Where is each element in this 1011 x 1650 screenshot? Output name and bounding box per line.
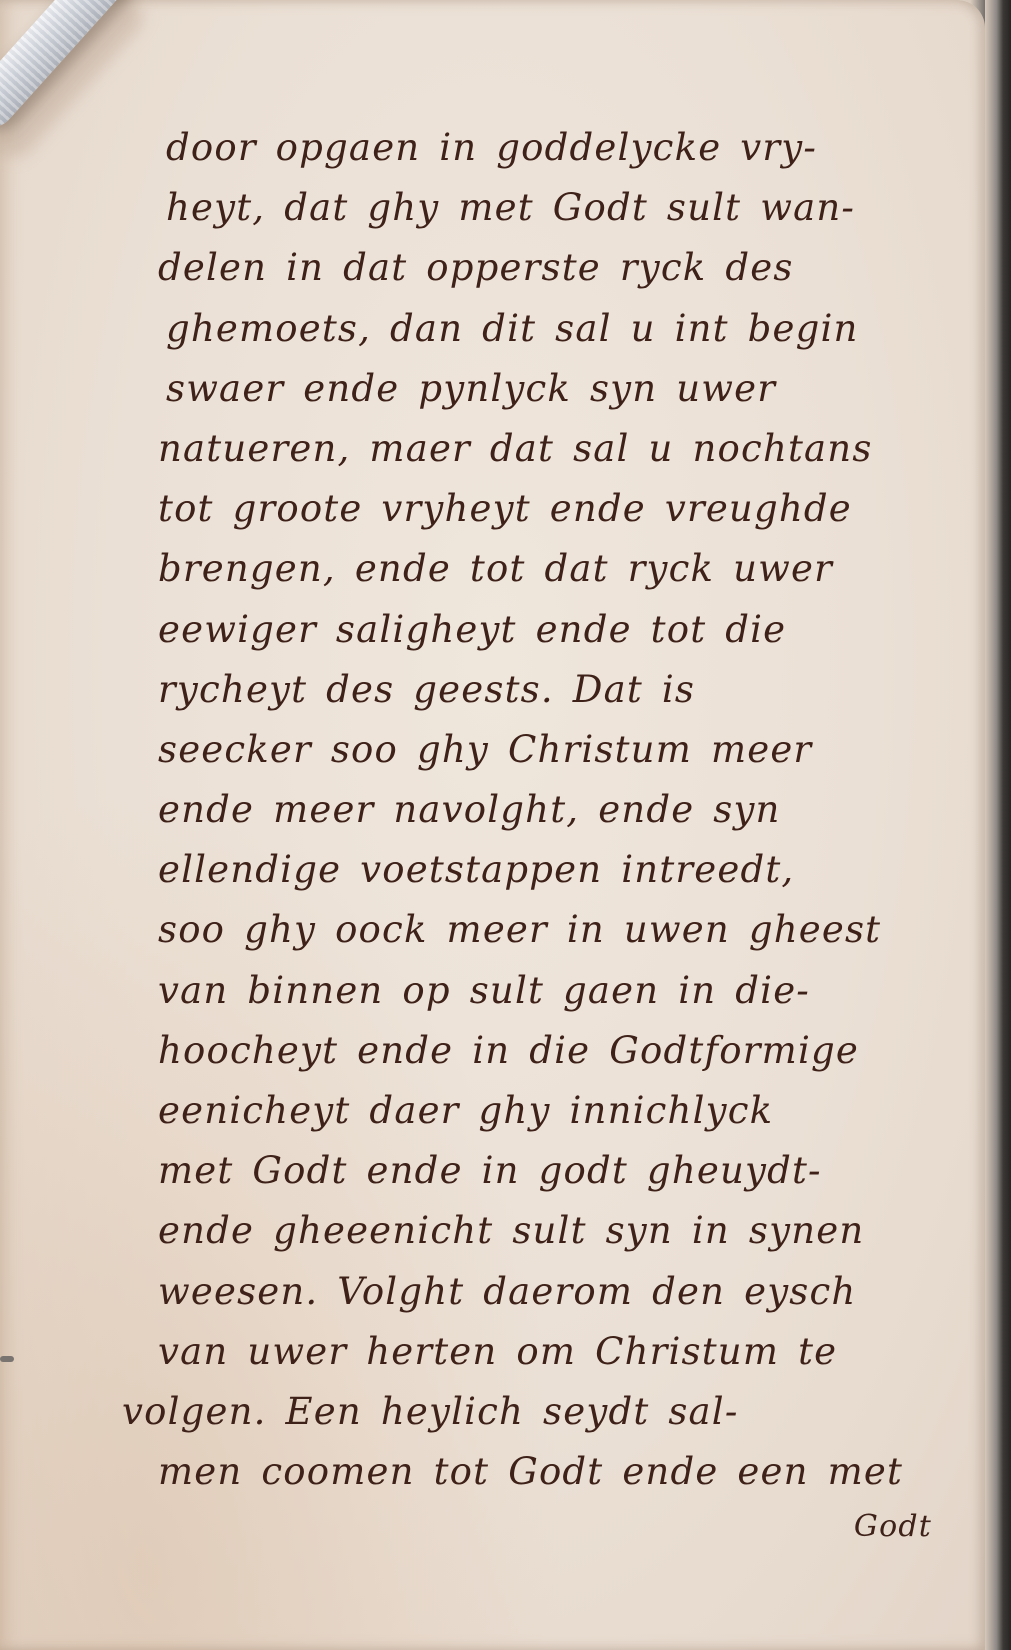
text-line-6: natueren, maer dat sal u nochtans — [152, 419, 952, 479]
handwritten-text-block: door opgaen in goddelycke vry- heyt, dat… — [152, 118, 952, 1552]
text-line-15: van binnen op sult gaen in die- — [152, 961, 952, 1021]
text-line-9: eewiger saligheyt ende tot die — [152, 600, 952, 660]
text-line-1: door opgaen in goddelycke vry- — [152, 118, 952, 178]
text-line-4: ghemoets, dan dit sal u int begin — [152, 299, 952, 359]
catchword: Godt — [152, 1502, 952, 1552]
text-line-17: eenicheyt daer ghy innichlyck — [152, 1081, 952, 1141]
text-line-13: ellendige voetstappen intreedt, — [152, 840, 952, 900]
text-line-7: tot groote vryheyt ende vreughde — [152, 479, 952, 539]
text-line-3: delen in dat opperste ryck des — [152, 238, 952, 298]
text-line-12: ende meer navolght, ende syn — [152, 780, 952, 840]
text-line-19: ende gheeenicht sult syn in synen — [152, 1201, 952, 1261]
manuscript-page: door opgaen in goddelycke vry- heyt, dat… — [0, 0, 985, 1650]
text-line-14: soo ghy oock meer in uwen gheest — [152, 900, 952, 960]
text-line-22: volgen. Een heylich seydt sal- — [122, 1382, 952, 1442]
text-line-10: rycheyt des geests. Dat is — [152, 660, 952, 720]
page-edge-shadow — [985, 0, 1011, 1650]
text-line-23: men coomen tot Godt ende een met — [152, 1442, 952, 1502]
text-line-11: seecker soo ghy Christum meer — [152, 720, 952, 780]
text-line-8: brengen, ende tot dat ryck uwer — [152, 539, 952, 599]
text-line-2: heyt, dat ghy met Godt sult wan- — [152, 178, 952, 238]
manuscript-photo: door opgaen in goddelycke vry- heyt, dat… — [0, 0, 1011, 1650]
text-line-16: hoocheyt ende in die Godtformige — [152, 1021, 952, 1081]
text-line-21: van uwer herten om Christum te — [152, 1322, 952, 1382]
margin-ink-mark — [0, 1356, 14, 1362]
text-line-20: weesen. Volght daerom den eysch — [152, 1262, 952, 1322]
text-line-5: swaer ende pynlyck syn uwer — [152, 359, 952, 419]
text-line-18: met Godt ende in godt gheuydt- — [152, 1141, 952, 1201]
